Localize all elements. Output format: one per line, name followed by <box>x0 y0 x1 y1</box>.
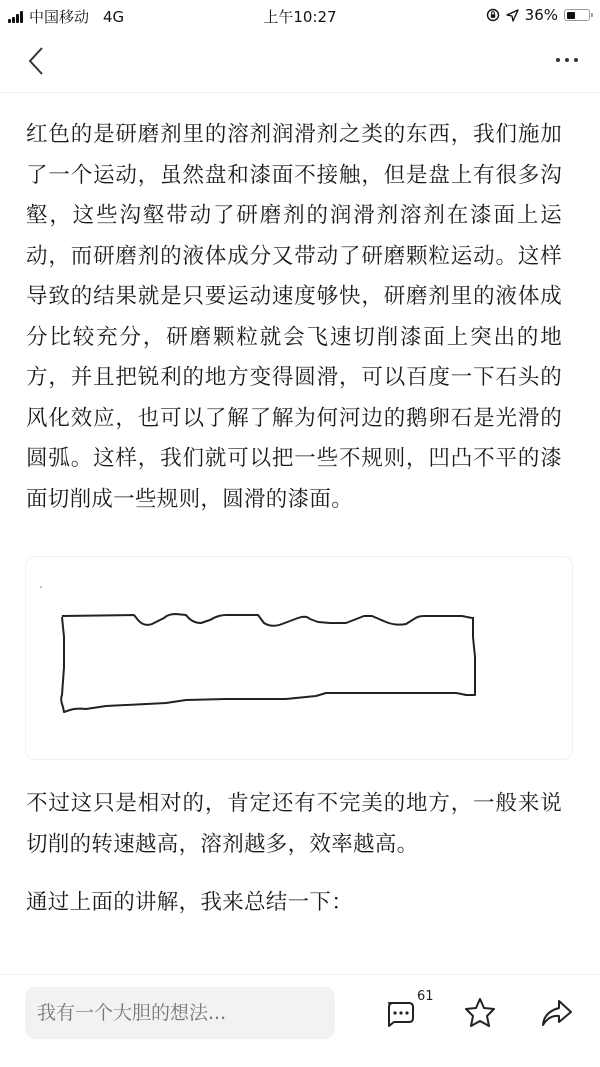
comment-input[interactable] <box>25 987 335 1039</box>
status-bar: 中国移动 4G 上午10:27 36% <box>0 0 600 32</box>
more-dots-icon <box>556 58 578 62</box>
star-icon <box>460 993 500 1033</box>
comment-button[interactable] <box>380 993 420 1033</box>
nav-bar <box>0 32 600 93</box>
share-button[interactable] <box>536 993 576 1033</box>
battery-icon <box>564 9 590 21</box>
location-icon <box>506 9 519 22</box>
article-figure[interactable] <box>25 556 573 760</box>
article-paragraph: 红色的是研磨剂里的溶剂润滑剂之类的东西，我们施加了一个运动，虽然盘和漆面不接触，… <box>26 115 562 520</box>
comment-count: 61 <box>417 989 434 1004</box>
share-icon <box>536 993 576 1033</box>
article-paragraph: 通过上面的讲解，我来总结一下： <box>26 883 562 924</box>
article-content: 红色的是研磨剂里的溶剂润滑剂之类的东西，我们施加了一个运动，虽然盘和漆面不接触，… <box>26 92 562 924</box>
more-button[interactable] <box>542 48 578 72</box>
comment-icon <box>380 993 420 1033</box>
back-button[interactable] <box>22 44 58 80</box>
chevron-left-icon <box>22 44 58 80</box>
battery-percent: 36% <box>525 6 558 24</box>
article-paragraph: 不过这只是相对的，肯定还有不完美的地方，一般来说切削的转速越高，溶剂越多，效率越… <box>26 784 562 865</box>
favorite-button[interactable] <box>460 993 500 1033</box>
sketch-drawing <box>26 557 574 761</box>
status-right: 36% <box>486 6 590 24</box>
bottom-action-bar: 61 <box>0 974 600 1067</box>
orientation-lock-icon <box>486 8 500 22</box>
